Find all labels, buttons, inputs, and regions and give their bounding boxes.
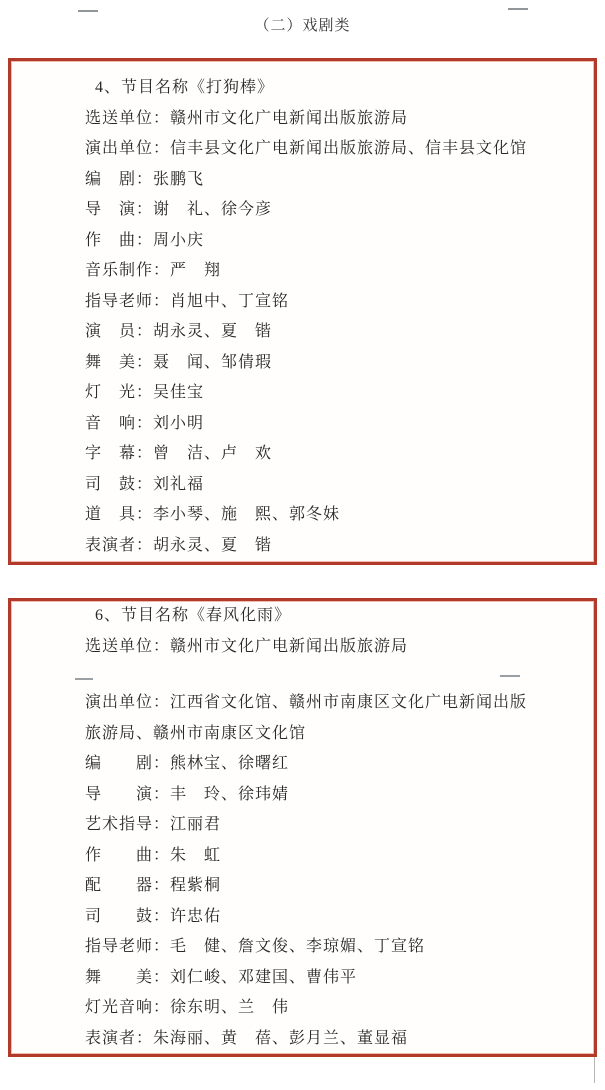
credit-line: 配 器：程紫桐: [11, 871, 594, 902]
page-break-marker: [11, 662, 594, 688]
page-margin-dash-left: [78, 10, 98, 12]
credit-line: 编 剧：熊林宝、徐曙红: [11, 749, 594, 780]
page-break-dash-left: [75, 678, 93, 680]
credit-line: 编 剧：张鹏飞: [11, 165, 594, 196]
category-heading: （二）戏剧类: [0, 14, 605, 35]
credit-line: 指导老师：肖旭中、丁宣铭: [11, 287, 594, 318]
credit-line: 艺术指导：江丽君: [11, 810, 594, 841]
credit-line: 指导老师：毛 健、詹文俊、李琼媚、丁宣铭: [11, 932, 594, 963]
page-margin-dash-right: [508, 8, 528, 10]
program-box: 6、节目名称《春风化雨》选送单位：赣州市文化广电新闻出版旅游局演出单位：江西省文…: [8, 598, 597, 1057]
credit-line: 选送单位：赣州市文化广电新闻出版旅游局: [11, 632, 594, 663]
credit-line: 导 演：谢 礼、徐今彦: [11, 195, 594, 226]
program-title-line: 6、节目名称《春风化雨》: [11, 601, 594, 632]
credit-line: 司 鼓：许忠佑: [11, 902, 594, 933]
credit-line: 舞 美：刘仁峻、邓建国、曹伟平: [11, 963, 594, 994]
credit-line: 灯 光：吴佳宝: [11, 378, 594, 409]
page-break-dash-right: [500, 675, 520, 677]
program-title-line: 4、节目名称《打狗棒》: [11, 73, 594, 104]
credit-continuation-line: 旅游局、赣州市南康区文化馆: [11, 719, 594, 750]
credit-line: 作 曲：周小庆: [11, 226, 594, 257]
credit-line: 演出单位：信丰县文化广电新闻出版旅游局、信丰县文化馆: [11, 134, 594, 165]
credit-line: 选送单位：赣州市文化广电新闻出版旅游局: [11, 104, 594, 135]
document-page: { "document": { "title": "（二）戏剧类", "sepa…: [0, 0, 605, 1090]
credit-line: 舞 美：聂 闻、邹倩瑕: [11, 348, 594, 379]
credit-line: 司 鼓：刘礼福: [11, 470, 594, 501]
credit-line: 表演者：朱海丽、黄 蓓、彭月兰、董显福: [11, 1024, 594, 1055]
credit-line: 演 员：胡永灵、夏 锴: [11, 317, 594, 348]
program-box: 4、节目名称《打狗棒》选送单位：赣州市文化广电新闻出版旅游局演出单位：信丰县文化…: [8, 58, 597, 565]
credit-line: 演出单位：江西省文化馆、赣州市南康区文化广电新闻出版: [11, 688, 594, 719]
credit-line: 表演者：胡永灵、夏 锴: [11, 531, 594, 562]
page-edge-line: [594, 1057, 595, 1083]
credit-line: 字 幕：曾 洁、卢 欢: [11, 439, 594, 470]
credit-line: 音乐制作：严 翔: [11, 256, 594, 287]
credit-line: 道 具：李小琴、施 熙、郭冬妹: [11, 500, 594, 531]
credit-line: 作 曲：朱 虹: [11, 841, 594, 872]
credit-line: 灯光音响：徐东明、兰 伟: [11, 993, 594, 1024]
credit-line: 音 响：刘小明: [11, 409, 594, 440]
credit-line: 导 演：丰 玲、徐玮婧: [11, 780, 594, 811]
